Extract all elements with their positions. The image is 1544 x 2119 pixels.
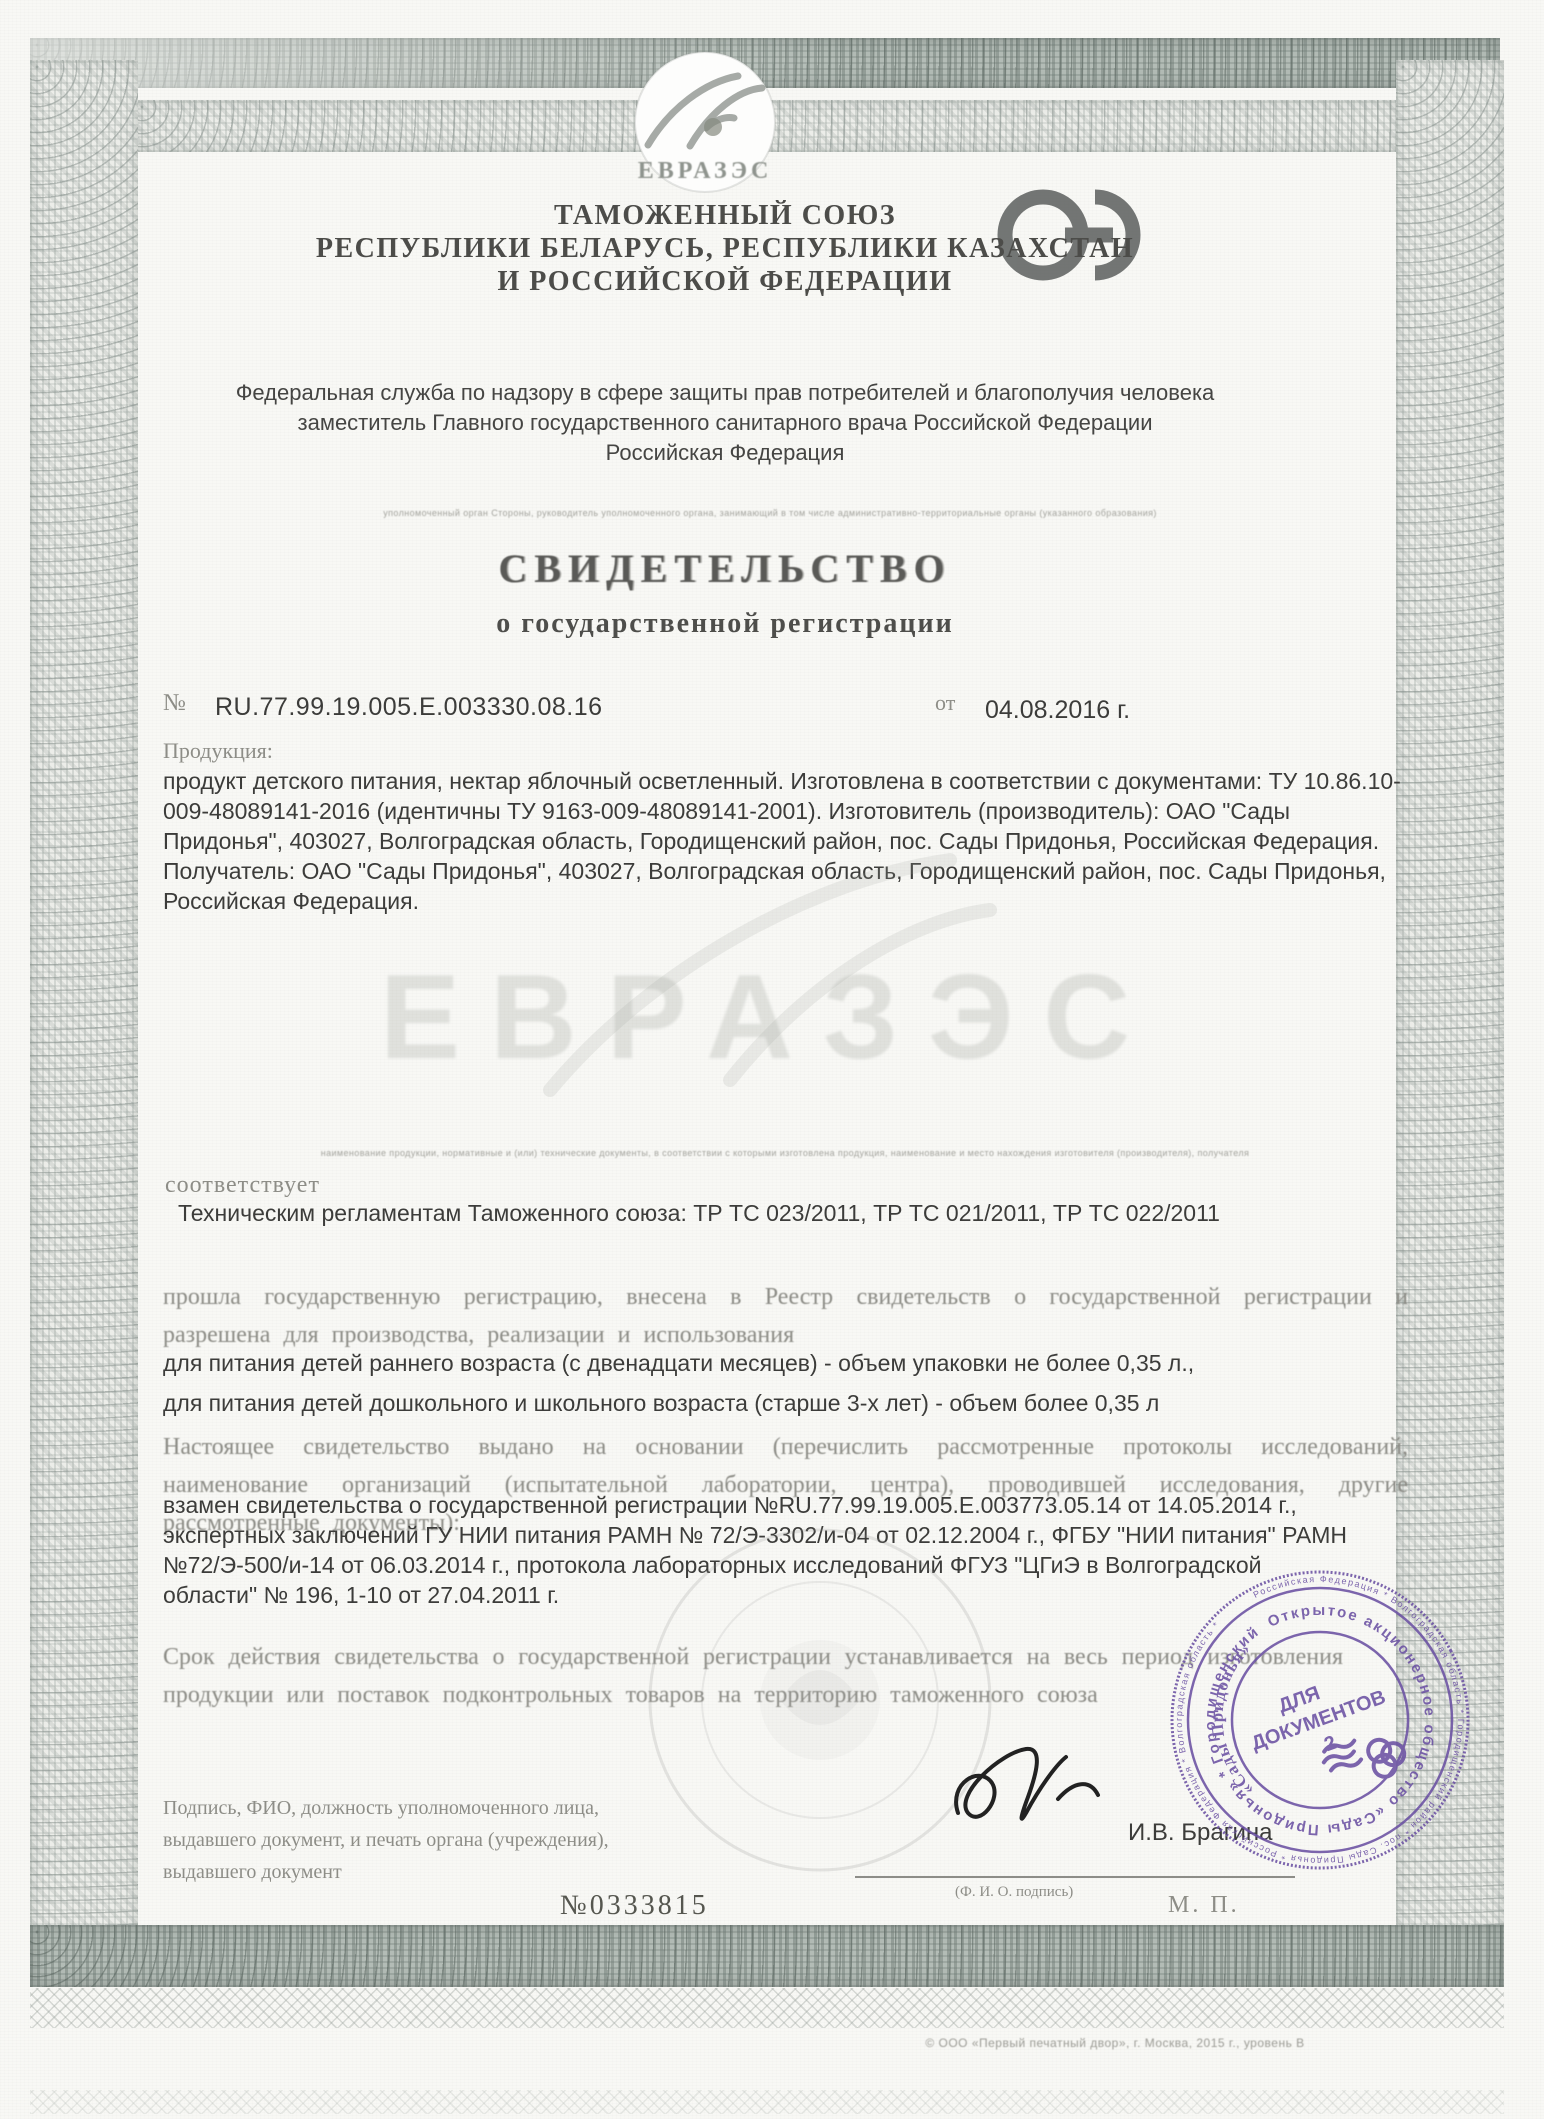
usage-line1: для питания детей раннего возраста (с дв… bbox=[163, 1348, 1408, 1378]
company-stamp: Российская Федерация * Волгоградская обл… bbox=[1120, 1520, 1520, 1925]
document-title: СВИДЕТЕЛЬСТВО bbox=[150, 545, 1300, 592]
registration-date: 04.08.2016 г. bbox=[985, 695, 1130, 725]
border-bottom bbox=[30, 1925, 1504, 1987]
border-bottom-edge bbox=[30, 2090, 1504, 2114]
authority-line2: заместитель Главного государственного са… bbox=[90, 408, 1360, 438]
date-label: от bbox=[935, 690, 955, 716]
border-bottom-lattice bbox=[30, 1988, 1504, 2028]
fine-print-authority: уполномоченный орган Стороны, руководите… bbox=[255, 508, 1285, 518]
authority-line1: Федеральная служба по надзору в сфере за… bbox=[90, 378, 1360, 408]
registered-statement: прошла государственную регистрацию, внес… bbox=[163, 1278, 1408, 1354]
registration-number: RU.77.99.19.005.Е.003330.08.16 bbox=[215, 692, 603, 722]
product-label: Продукция: bbox=[163, 738, 273, 764]
company-stamp-icon: Российская Федерация * Волгоградская обл… bbox=[1120, 1520, 1520, 1920]
header-line2: РЕСПУБЛИКИ БЕЛАРУСЬ, РЕСПУБЛИКИ КАЗАХСТА… bbox=[150, 233, 1300, 265]
header-line1: ТАМОЖЕННЫЙ СОЮЗ bbox=[150, 200, 1300, 232]
signature-scribble-icon bbox=[940, 1735, 1150, 1855]
printer-note: © ООО «Первый печатный двор», г. Москва,… bbox=[880, 2036, 1350, 2050]
eurasec-label: ЕВРАЗЭС bbox=[610, 158, 800, 185]
watermark-label: ЕВРАЗЭС bbox=[220, 948, 1320, 1086]
document-subtitle: о государственной регистрации bbox=[150, 608, 1300, 640]
signature bbox=[940, 1735, 1150, 1860]
fine-print-product: наименование продукции, нормативные и (и… bbox=[170, 1148, 1400, 1158]
stamp-logo-icon bbox=[1319, 1723, 1410, 1795]
eurasec-emblem: ЕВРАЗЭС bbox=[610, 50, 800, 200]
border-left bbox=[30, 60, 138, 1960]
usage-line2: для питания детей дошкольного и школьног… bbox=[163, 1388, 1408, 1418]
signature-caption: Подпись, ФИО, должность уполномоченного … bbox=[163, 1792, 633, 1888]
conforms-label: соответствует bbox=[165, 1172, 320, 1199]
blank-number: №0333815 bbox=[560, 1890, 709, 1922]
number-label: № bbox=[163, 690, 186, 717]
authority-line3: Российская Федерация bbox=[90, 438, 1360, 468]
certificate-page: ЕВРАЗЭС ТАМОЖЕННЫЙ СОЮЗ РЕСПУБЛИКИ БЕЛАР… bbox=[0, 0, 1544, 2119]
regulations-text: Техническим регламентам Таможенного союз… bbox=[178, 1198, 1408, 1228]
header-line3: И РОССИЙСКОЙ ФЕДЕРАЦИИ bbox=[150, 266, 1300, 298]
signature-line-label: (Ф. И. О. подпись) bbox=[955, 1884, 1073, 1901]
